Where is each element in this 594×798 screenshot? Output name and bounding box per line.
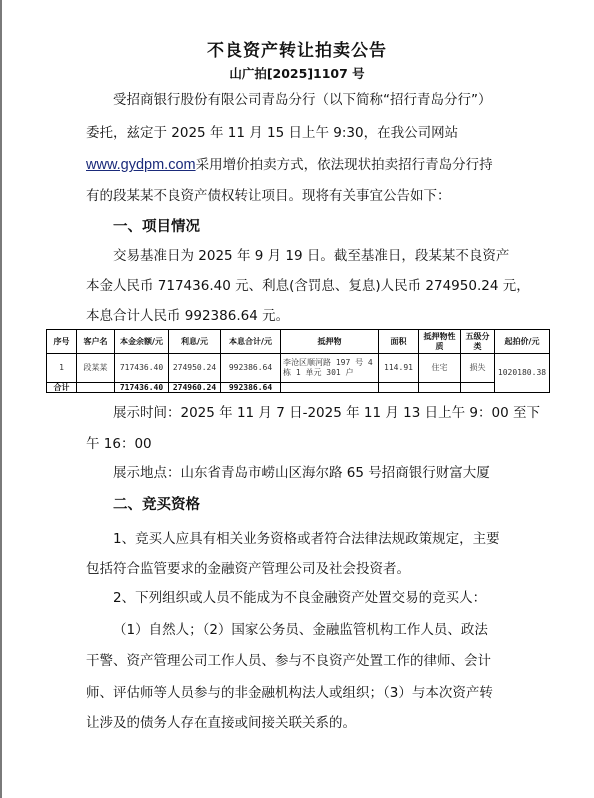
total-cell [77, 383, 115, 393]
cell-collateral-type: 住宅 [419, 354, 461, 383]
cell-interest: 274950.24 [169, 354, 221, 383]
section1-line-1: 交易基准日为 2025 年 9 月 19 日。截至基准日，段某某不良资产 [113, 244, 509, 264]
col-header: 客户名 [77, 330, 115, 354]
total-cell [419, 383, 461, 393]
col-header: 面积 [379, 330, 419, 354]
intro-line-3: www.gydpm.com采用增价拍卖方式，依法现状拍卖招行青岛分行持 [86, 153, 493, 173]
page-left-border [0, 0, 2, 798]
section2-line-5: 干警、资产管理公司工作人员、参与不良资产处置工作的律师、会计 [86, 649, 491, 669]
document-number: 山广拍[2025]1107 号 [0, 64, 594, 82]
intro-line-4: 有的段某某不良资产债权转让项目。现将有关事宜公告如下： [86, 184, 451, 204]
intro-line-3-text: 采用增价拍卖方式，依法现状拍卖招行青岛分行持 [196, 157, 493, 173]
display-time-line-1: 展示时间：2025 年 11 月 7 日-2025 年 11 月 13 日上午 … [113, 401, 540, 421]
total-interest: 274960.24 [169, 383, 221, 393]
section2-line-1: 1、竞买人应具有相关业务资格或者符合法律法规政策规定，主要 [113, 527, 500, 547]
section1-line-2: 本金人民币 717436.40 元、利息(含罚息、复息)人民币 274950.2… [86, 274, 530, 294]
section2-line-3: 2、下列组织或人员不能成为不良金融资产处置交易的竞买人： [113, 586, 486, 606]
cell-classification: 损失 [461, 354, 495, 383]
total-principal: 717436.40 [115, 383, 169, 393]
cell-area: 114.91 [379, 354, 419, 383]
section2-line-4: （1）自然人；（2）国家公务员、金融监管机构工作人员、政法 [113, 618, 488, 638]
intro-line-2: 委托，兹定于 2025 年 11 月 15 日上午 9:30，在我公司网站 [86, 121, 458, 141]
section2-line-6: 师、评估师等人员参与的非金融机构法人或组织；（3）与本次资产转 [86, 681, 493, 701]
cell-starting-price: 1020180.38 [495, 354, 550, 393]
col-header: 五级分类 [461, 330, 495, 354]
total-cell [379, 383, 419, 393]
total-cell [281, 383, 379, 393]
table-total-row: 合计 717436.40 274960.24 992386.64 [47, 383, 550, 393]
cell-total: 992386.64 [221, 354, 281, 383]
col-header: 序号 [47, 330, 77, 354]
website-link[interactable]: www.gydpm.com [86, 157, 196, 173]
col-header: 本金余额/元 [115, 330, 169, 354]
section2-line-2: 包括符合监管要求的金融资产管理公司及社会投资者。 [86, 557, 410, 577]
asset-table: 序号 客户名 本金余额/元 利息/元 本息合计/元 抵押物 面积 抵押物性质 五… [46, 329, 550, 393]
col-header: 抵押物 [281, 330, 379, 354]
total-cell [461, 383, 495, 393]
cell-customer: 段某某 [77, 354, 115, 383]
table-header-row: 序号 客户名 本金余额/元 利息/元 本息合计/元 抵押物 面积 抵押物性质 五… [47, 330, 550, 354]
col-header: 利息/元 [169, 330, 221, 354]
col-header: 抵押物性质 [419, 330, 461, 354]
display-place: 展示地点：山东省青岛市崂山区海尔路 65 号招商银行财富大厦 [113, 461, 490, 481]
section2-line-7: 让涉及的债务人存在直接或间接关联关系的。 [86, 711, 356, 731]
cell-principal: 717436.40 [115, 354, 169, 383]
total-sum: 992386.64 [221, 383, 281, 393]
table-row: 1 段某某 717436.40 274950.24 992386.64 李沧区顺… [47, 354, 550, 383]
display-time-line-2: 午 16：00 [86, 432, 152, 452]
document-title: 不良资产转让拍卖公告 [0, 36, 594, 61]
intro-line-1: 受招商银行股份有限公司青岛分行（以下简称“招行青岛分行”） [113, 88, 492, 108]
col-header: 本息合计/元 [221, 330, 281, 354]
section2-heading: 二、竞买资格 [113, 493, 200, 514]
total-label: 合计 [47, 383, 77, 393]
section1-heading: 一、项目情况 [113, 215, 200, 236]
col-header: 起拍价/元 [495, 330, 550, 354]
cell-collateral: 李沧区顺河路 197 号 4 栋 1 单元 301 户 [281, 354, 379, 383]
cell-index: 1 [47, 354, 77, 383]
section1-line-3: 本息合计人民币 992386.64 元。 [86, 304, 289, 324]
